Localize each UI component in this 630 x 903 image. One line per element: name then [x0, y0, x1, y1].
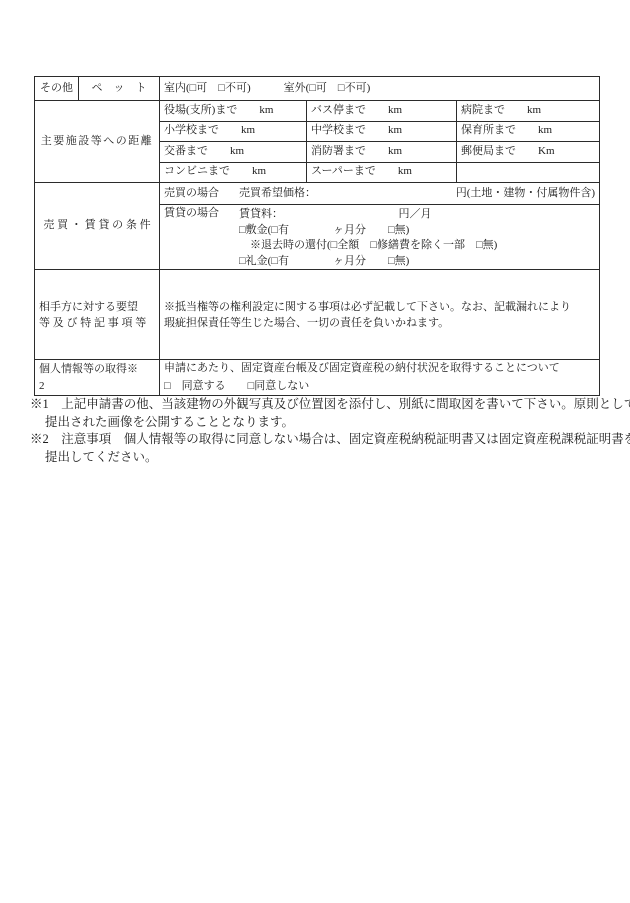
distance-cell-post-office: 郵便局まで Km	[457, 142, 600, 163]
distance-cell-town-office: 役場(支所)まで km	[160, 101, 307, 122]
pet-policy-cell: 室内(□可 □不可) 室外(□可 □不可)	[160, 77, 600, 101]
distance-label-cell: 主要施設等への距離	[35, 101, 160, 183]
distance-cell-police-box: 交番まで km	[160, 142, 307, 163]
distance-cell-fire-station: 消防署まで km	[307, 142, 457, 163]
distance-cell-empty	[457, 162, 600, 183]
footnote-2-line-2: 提出してください。	[30, 449, 602, 467]
other-header-cell: その他	[35, 77, 79, 101]
sale-price-unit: 円(土地・建物・付属物件含)	[456, 187, 595, 201]
distance-cell-convenience-store: コンビニまで km	[160, 162, 307, 183]
personal-info-label-cell: 個人情報等の取得※ 2	[35, 360, 160, 396]
footnote-1-line-1: ※1 上記申請書の他、当該建物の外観写真及び位置図を添付し、別紙に間取図を書いて…	[30, 396, 602, 414]
sale-case-cell: 売買の場合 売買希望価格： 円(土地・建物・付属物件含)	[160, 183, 600, 205]
rent-case-label: 賃貸の場合	[164, 207, 239, 221]
document-page: その他 ペ ッ ト 室内(□可 □不可) 室外(□可 □不可) 主要施設等への距…	[0, 0, 630, 903]
sale-case-label: 売買の場合	[164, 187, 219, 201]
terms-label-cell: 売 買 ・ 賃 貸 の 条 件	[35, 183, 160, 270]
distance-cell-hospital: 病院まで km	[457, 101, 600, 122]
footnotes: ※1 上記申請書の他、当該建物の外観写真及び位置図を添付し、別紙に間取図を書いて…	[30, 396, 602, 466]
personal-info-content-cell: 申請にあたり、固定資産台帳及び固定資産税の納付状況を取得することについて □ 同…	[160, 360, 600, 396]
requests-content-cell: ※抵当権等の権利設定に関する事項は必ず記載して下さい。なお、記載漏れにより 瑕疵…	[160, 270, 600, 360]
footnote-1-line-2: 提出された画像を公開することとなります。	[30, 414, 602, 432]
distance-cell-bus-stop: バス停まで km	[307, 101, 457, 122]
application-form-table: その他 ペ ッ ト 室内(□可 □不可) 室外(□可 □不可) 主要施設等への距…	[34, 76, 600, 396]
distance-cell-supermarket: スーパーまで km	[307, 162, 457, 183]
distance-cell-nursery: 保育所まで km	[457, 121, 600, 142]
footnote-2-line-1: ※2 注意事項 個人情報等の取得に同意しない場合は、固定資産税納税証明書又は固定…	[30, 431, 602, 449]
distance-cell-elementary-school: 小学校まで km	[160, 121, 307, 142]
rent-terms-lines: 賃貸料： 円／月 □敷金(□有 ヶ月分 □無) ※退去時の還付(□全額 □修繕費…	[239, 207, 497, 269]
pet-header-cell: ペ ッ ト	[79, 77, 160, 101]
sale-price-label: 売買希望価格：	[239, 187, 316, 201]
distance-cell-junior-high: 中学校まで km	[307, 121, 457, 142]
rent-case-cell: 賃貸の場合 賃貸料： 円／月 □敷金(□有 ヶ月分 □無) ※退去時の還付(□全…	[160, 205, 600, 270]
requests-label-cell: 相手方に対する要望 等 及 び 特 記 事 項 等	[35, 270, 160, 360]
